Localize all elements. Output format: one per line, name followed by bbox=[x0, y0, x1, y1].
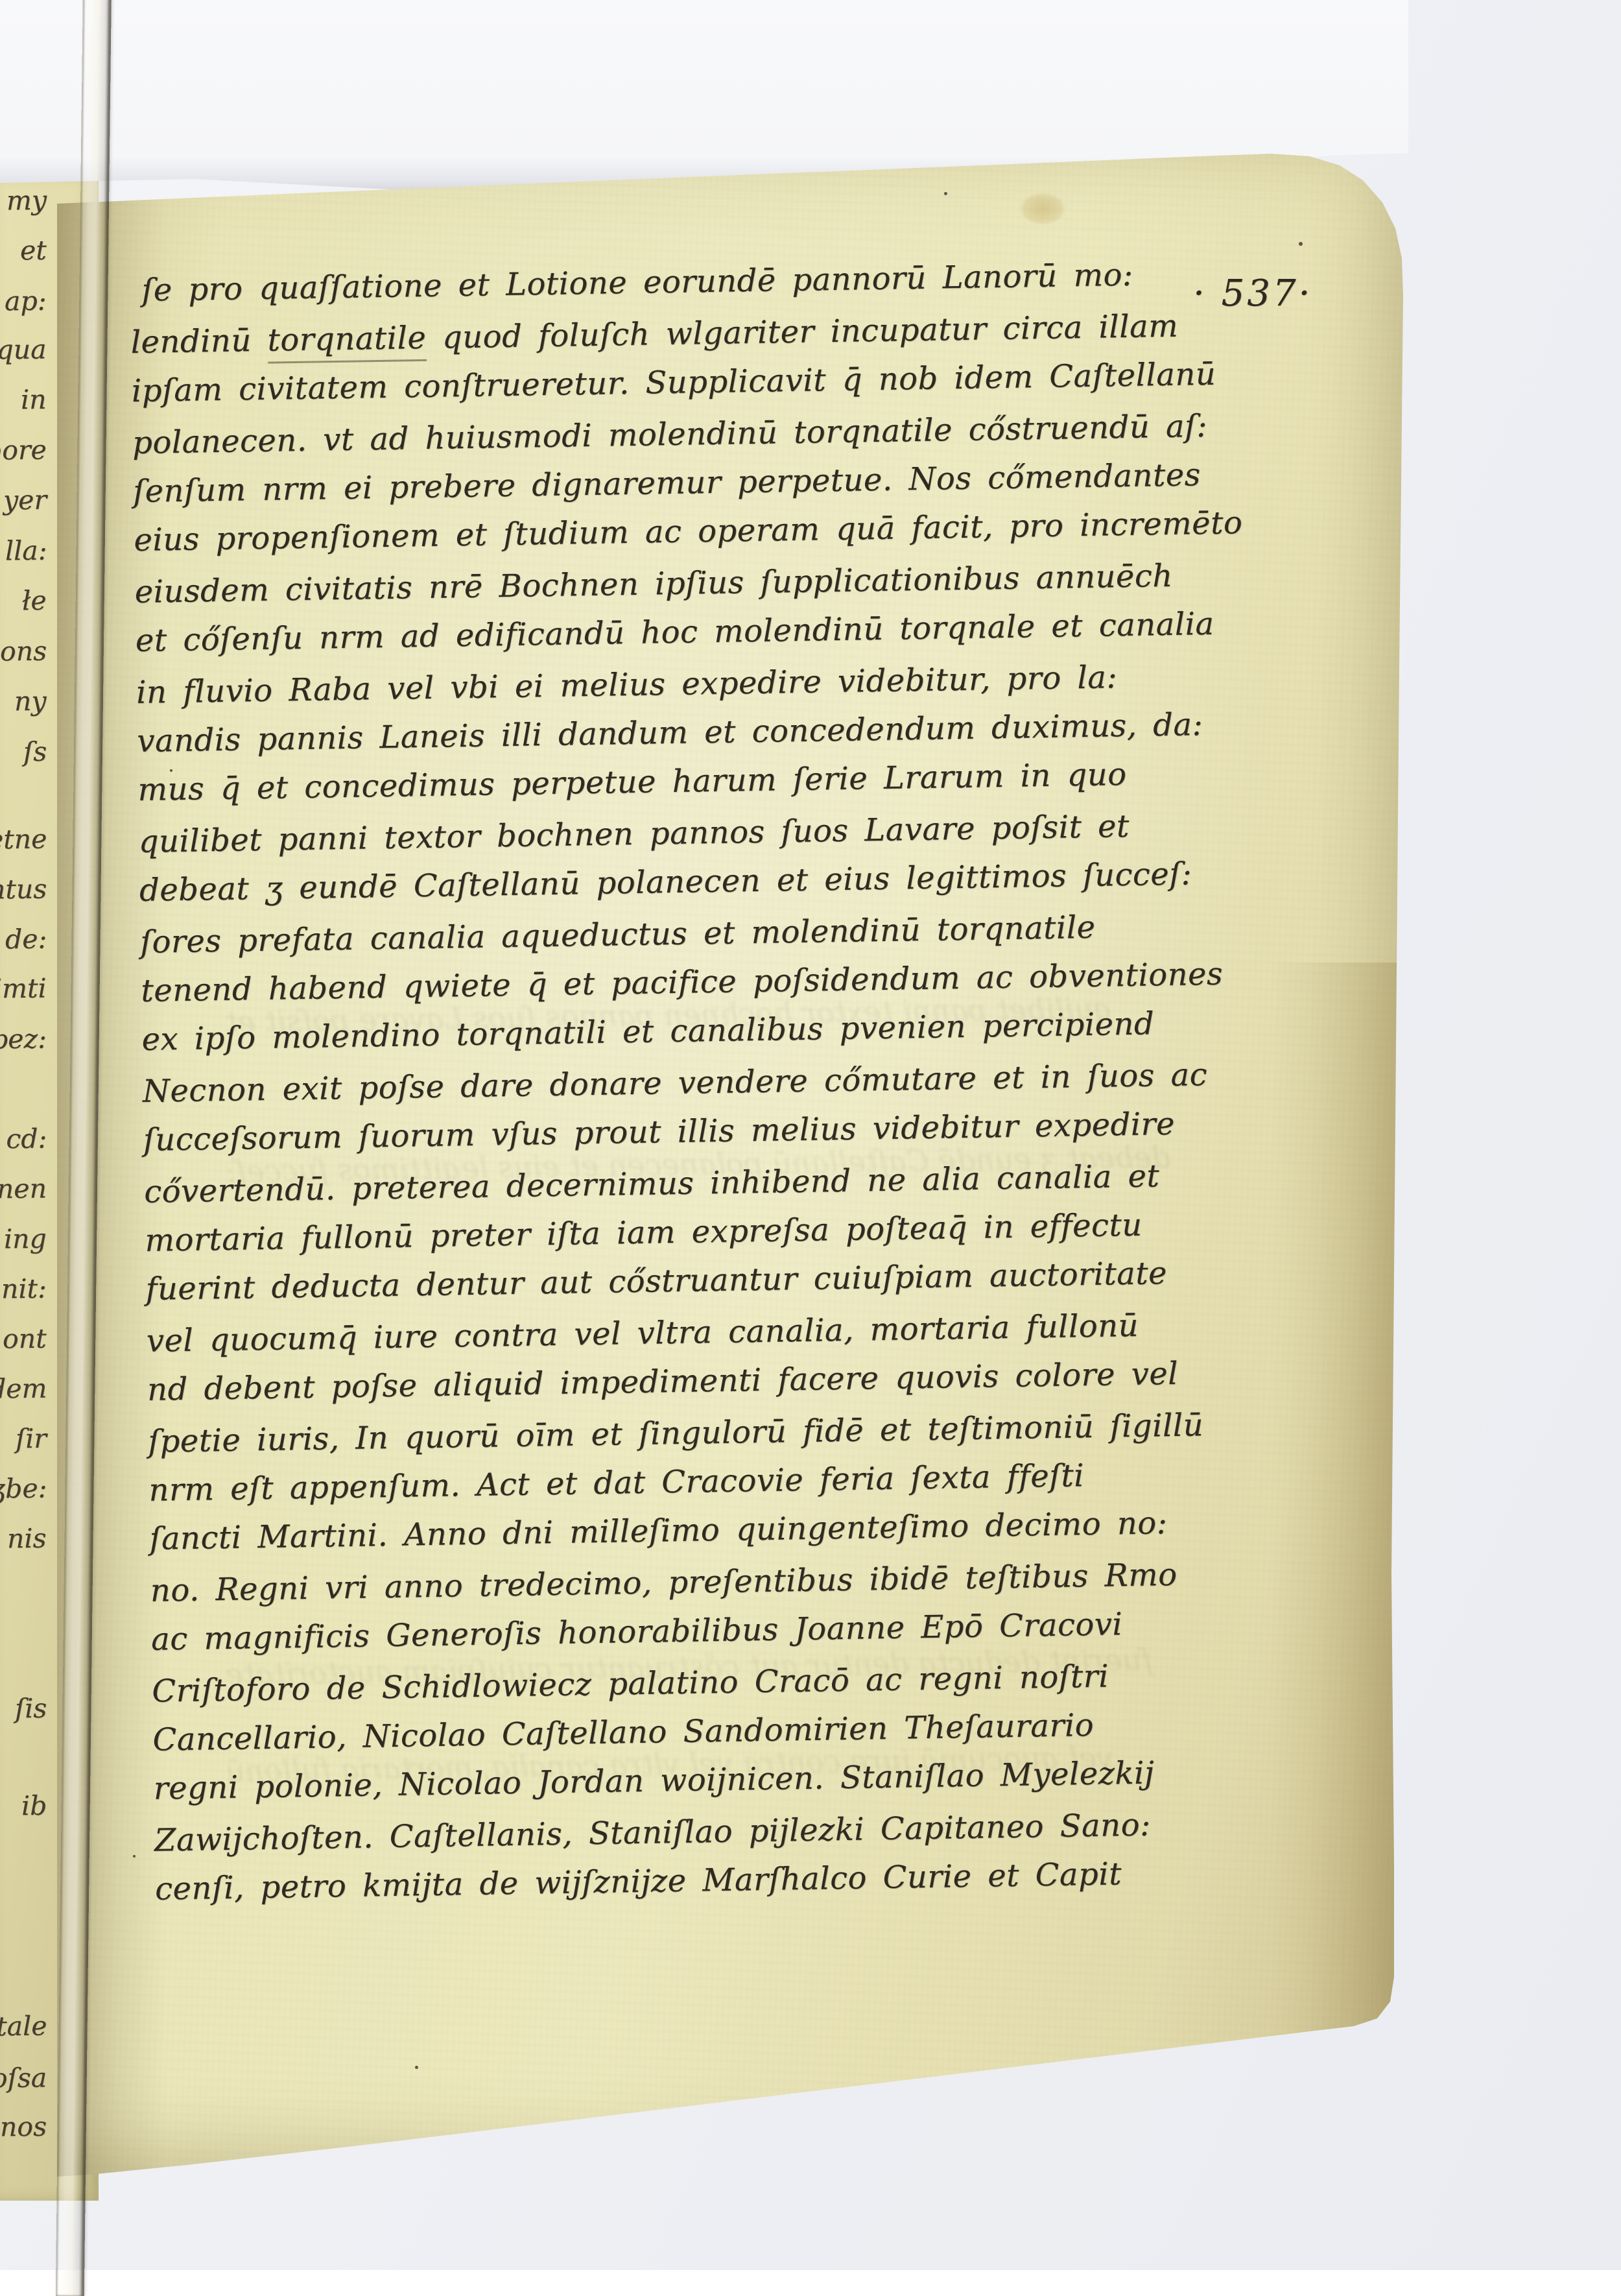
margin-fragment: ons bbox=[0, 636, 47, 667]
margin-fragment: dem bbox=[0, 1373, 47, 1405]
margin-fragment: bore bbox=[0, 435, 47, 466]
margin-fragment: nit: bbox=[1, 1273, 47, 1305]
page-curl-shading bbox=[1270, 963, 1406, 2184]
margin-fragment: et bbox=[20, 235, 47, 266]
margin-fragment: łe bbox=[22, 585, 47, 616]
ink-speck bbox=[1299, 242, 1303, 246]
margin-fragment: de: bbox=[5, 924, 47, 955]
manuscript-line: nd debent poſse aliquid impedimenti face… bbox=[147, 1356, 1179, 1408]
margin-fragment: ſtale bbox=[0, 2011, 47, 2042]
manuscript-line: fuerint deducta dentur aut cőstruantur c… bbox=[145, 1255, 1167, 1308]
ink-speck bbox=[415, 2066, 418, 2069]
margin-fragment: ont bbox=[3, 1323, 47, 1355]
manuscript-line: no. Regni vri anno tredecimo, preſentibu… bbox=[150, 1557, 1177, 1609]
margin-fragment: aqua bbox=[0, 333, 47, 365]
margin-fragment: ſi cd: bbox=[0, 1123, 47, 1154]
margin-fragment: my bbox=[6, 185, 47, 217]
manuscript-line: mus q̄ et concedimus perpetue harum ſeri… bbox=[137, 756, 1127, 808]
margin-fragment: imti bbox=[0, 973, 47, 1005]
margin-fragment: ing bbox=[4, 1223, 47, 1255]
manuscript-line: quilibet panni textor bochnen pannos ſuo… bbox=[138, 808, 1130, 860]
margin-fragment: ny bbox=[14, 686, 47, 717]
margin-fragment: yer bbox=[3, 484, 47, 516]
margin-fragment: ʒbe: bbox=[0, 1473, 47, 1505]
underlined-word: torqnatile bbox=[267, 320, 427, 364]
manuscript-line: mortaria fullonū preter iſta iam expreſs… bbox=[145, 1207, 1142, 1259]
ink-speck bbox=[133, 1855, 136, 1858]
scanned-book-photo: myetap:aquainboreyerlla:łeonsnyſsetnentu… bbox=[0, 0, 1621, 2270]
margin-fragment: thnen bbox=[0, 1173, 47, 1204]
manuscript-line: et cőſenſu nrm ad edificandū hoc molendi… bbox=[135, 606, 1214, 659]
margin-fragment: pez: bbox=[0, 1023, 47, 1055]
manuscript-line: ſenſum nrm ei prebere dignaremur perpetu… bbox=[133, 457, 1201, 510]
margin-fragment: in bbox=[21, 384, 47, 415]
margin-fragment: ntus bbox=[0, 874, 47, 905]
manuscript-line: ſancti Martini. Anno dni milleſimo quing… bbox=[149, 1505, 1168, 1557]
margin-fragment: moſsa bbox=[0, 2062, 47, 2094]
margin-fragment: etne bbox=[0, 824, 47, 855]
manuscript-line: polanecen. vt ad huiusmodi molendinū tor… bbox=[132, 408, 1208, 461]
manuscript-line: nrm eſt appenſum. Act et dat Cracovie fe… bbox=[148, 1457, 1084, 1509]
manuscript-line: Zawijchoſten. Caſtellanis, Staniſlao pij… bbox=[154, 1807, 1152, 1859]
ink-speck bbox=[944, 192, 947, 195]
margin-fragment: ſis bbox=[14, 1693, 47, 1725]
manuscript-line: cenſi, petro kmijta de wijſznijze Marſha… bbox=[155, 1856, 1122, 1907]
manuscript-line: vel quocumq̄ iure contra vel vltra canal… bbox=[146, 1308, 1139, 1359]
manuscript-line: Necnon exit poſse dare donare vendere cő… bbox=[142, 1057, 1207, 1110]
manuscript-line: vandis pannis Laneis illi dandum et conc… bbox=[137, 706, 1203, 759]
manuscript-line: in fluvio Raba vel vbi ei melius expedir… bbox=[136, 659, 1118, 711]
tea-stain bbox=[1012, 187, 1074, 231]
manuscript-line: lendinū torqnatile quod foluſch wlgarite… bbox=[130, 308, 1178, 361]
page-number: · 537· bbox=[1193, 272, 1312, 315]
manuscript-line: eius propenſionem et ſtudium ac operam q… bbox=[134, 505, 1243, 558]
manuscript-line: ſpetie iuris, In quorū oīm et ſingulorū … bbox=[148, 1407, 1204, 1460]
manuscript-line: ſores prefata canalia aqueductus et mole… bbox=[140, 909, 1096, 961]
margin-fragment: ſir bbox=[16, 1423, 47, 1454]
manuscript-text: ſe pro quaſſatione et Lotione eorundē pa… bbox=[130, 255, 1245, 272]
manuscript-line: eiusdem civitatis nrē Bochnen ipſius ſup… bbox=[134, 558, 1173, 610]
margin-fragment: nos bbox=[0, 2111, 47, 2143]
manuscript-line: ſe pro quaſſatione et Lotione eorundē pa… bbox=[141, 257, 1133, 309]
margin-fragment: ib bbox=[21, 1790, 47, 1821]
margin-fragment: ap: bbox=[5, 285, 47, 317]
margin-fragment: ſs bbox=[23, 736, 47, 767]
margin-fragment: nis bbox=[7, 1523, 47, 1555]
manuscript-line: ipſam civitatem conſtrueretur. Supplicav… bbox=[131, 356, 1216, 409]
margin-fragment: lla: bbox=[5, 535, 47, 567]
manuscript-page: quilibet panni textor bochnen pannos ſuo… bbox=[57, 148, 1406, 2184]
manuscript-line: debeat ʒ eundē Caſtellanū polanecen et e… bbox=[139, 855, 1192, 908]
